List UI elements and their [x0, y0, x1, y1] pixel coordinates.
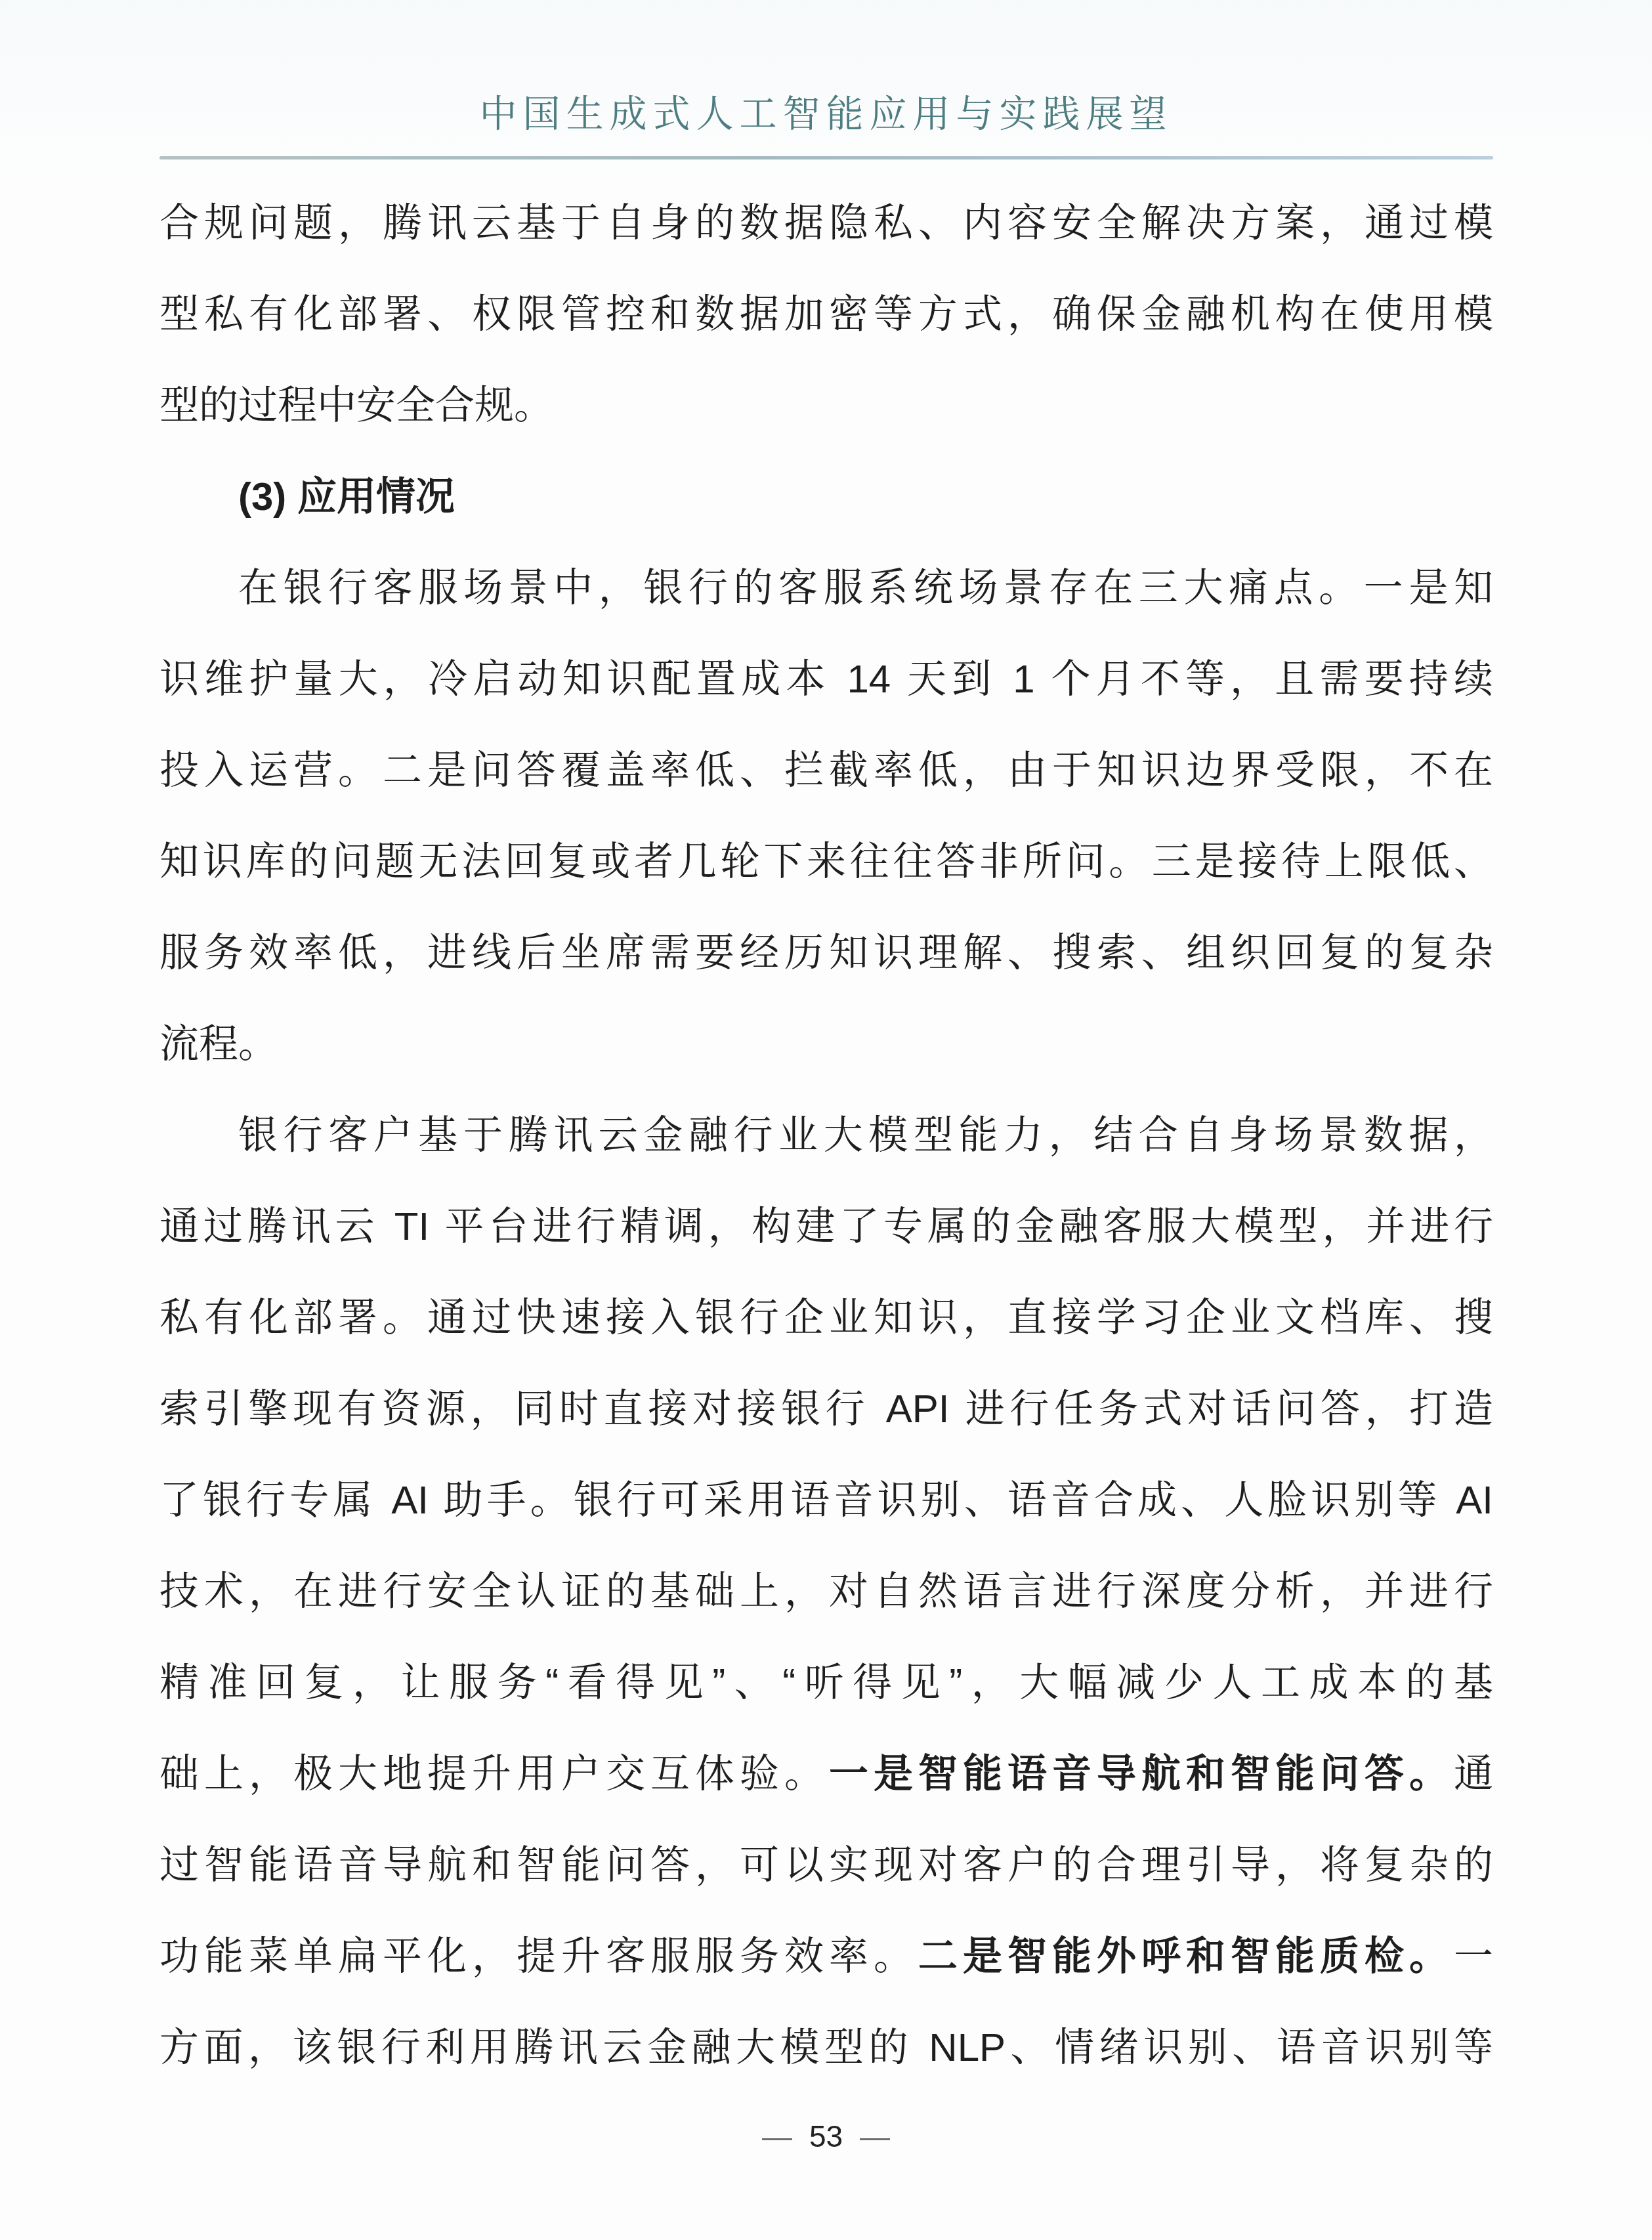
text-run: 精准回复，让服务“看得见”、“听得见”，大幅减少人工成本的基 [159, 1660, 1493, 1704]
text-run: 了银行专属 AI 助手。银行可采用语音识别、语音合成、人脸识别等 AI [159, 1478, 1493, 1522]
text-run: 础上，极大地提升用户交互体验。 [159, 1752, 829, 1796]
text-line: 通过腾讯云 TI 平台进行精调，构建了专属的金融客服大模型，并进行 [159, 1181, 1493, 1272]
text-line: 功能菜单扁平化，提升客服服务效率。二是智能外呼和智能质检。一 [159, 1911, 1493, 2002]
page-body: 合规问题，腾讯云基于自身的数据隐私、内容安全解决方案，通过模型私有化部署、权限管… [159, 177, 1493, 2093]
page-header-title: 中国生成式人工智能应用与实践展望 [0, 84, 1652, 138]
footer-dash-right: — [860, 2119, 890, 2153]
text-run: 合规问题，腾讯云基于自身的数据隐私、内容安全解决方案，通过模 [159, 201, 1493, 245]
text-line: 银行客户基于腾讯云金融行业大模型能力，结合自身场景数据， [159, 1089, 1493, 1181]
text-line: 流程。 [159, 998, 1493, 1089]
bold-text-run: (3) 应用情况 [238, 475, 455, 518]
text-line: 在银行客服场景中，银行的客服系统场景存在三大痛点。一是知 [159, 542, 1493, 633]
text-line: 识维护量大，冷启动知识配置成本 14 天到 1 个月不等，且需要持续 [159, 633, 1493, 725]
footer-dash-left: — [762, 2119, 792, 2153]
text-run: 知识库的问题无法回复或者几轮下来往往答非所问。三是接待上限低、 [159, 839, 1493, 883]
page-number: 53 [809, 2119, 843, 2154]
text-run: 技术，在进行安全认证的基础上，对自然语言进行深度分析，并进行 [159, 1569, 1493, 1613]
header-divider [159, 156, 1493, 159]
text-run: 通过腾讯云 TI 平台进行精调，构建了专属的金融客服大模型，并进行 [159, 1204, 1493, 1248]
text-run: 通 [1454, 1752, 1493, 1796]
text-line: 投入运营。二是问答覆盖率低、拦截率低，由于知识边界受限，不在 [159, 725, 1493, 816]
text-line: 技术，在进行安全认证的基础上，对自然语言进行深度分析，并进行 [159, 1546, 1493, 1637]
text-line: 方面，该银行利用腾讯云金融大模型的 NLP、情绪识别、语音识别等 [159, 2002, 1493, 2093]
page-footer: —53— [0, 2119, 1652, 2154]
text-run: 在银行客服场景中，银行的客服系统场景存在三大痛点。一是知 [238, 566, 1493, 610]
text-run: 流程。 [159, 1022, 278, 1066]
text-line: 型私有化部署、权限管控和数据加密等方式，确保金融机构在使用模 [159, 268, 1493, 360]
text-line: 合规问题，腾讯云基于自身的数据隐私、内容安全解决方案，通过模 [159, 177, 1493, 268]
text-run: 投入运营。二是问答覆盖率低、拦截率低，由于知识边界受限，不在 [159, 748, 1493, 792]
text-run: 索引擎现有资源，同时直接对接银行 API 进行任务式对话问答，打造 [159, 1387, 1493, 1431]
bold-text-run: 一是智能语音导航和智能问答。 [829, 1752, 1454, 1796]
text-run: 型私有化部署、权限管控和数据加密等方式，确保金融机构在使用模 [159, 292, 1493, 336]
text-line: 了银行专属 AI 助手。银行可采用语音识别、语音合成、人脸识别等 AI [159, 1454, 1493, 1546]
text-run: 方面，该银行利用腾讯云金融大模型的 NLP、情绪识别、语音识别等 [159, 2025, 1493, 2069]
text-run: 功能菜单扁平化，提升客服服务效率。 [159, 1934, 918, 1978]
text-run: 型的过程中安全合规。 [159, 383, 553, 427]
text-line: 精准回复，让服务“看得见”、“听得见”，大幅减少人工成本的基 [159, 1637, 1493, 1728]
text-line: 过智能语音导航和智能问答，可以实现对客户的合理引导，将复杂的 [159, 1819, 1493, 1911]
text-line: 私有化部署。通过快速接入银行企业知识，直接学习企业文档库、搜 [159, 1272, 1493, 1363]
text-line: 索引擎现有资源，同时直接对接银行 API 进行任务式对话问答，打造 [159, 1363, 1493, 1454]
text-run: 过智能语音导航和智能问答，可以实现对客户的合理引导，将复杂的 [159, 1843, 1493, 1887]
text-run: 银行客户基于腾讯云金融行业大模型能力，结合自身场景数据， [238, 1113, 1493, 1157]
text-line: 知识库的问题无法回复或者几轮下来往往答非所问。三是接待上限低、 [159, 816, 1493, 907]
text-run: 一 [1454, 1934, 1493, 1978]
text-run: 服务效率低，进线后坐席需要经历知识理解、搜索、组织回复的复杂 [159, 931, 1493, 975]
text-line: 础上，极大地提升用户交互体验。一是智能语音导航和智能问答。通 [159, 1728, 1493, 1819]
text-run: 私有化部署。通过快速接入银行企业知识，直接学习企业文档库、搜 [159, 1296, 1493, 1340]
text-run: 识维护量大，冷启动知识配置成本 14 天到 1 个月不等，且需要持续 [159, 657, 1493, 701]
bold-text-run: 二是智能外呼和智能质检。 [918, 1934, 1454, 1978]
text-line: 服务效率低，进线后坐席需要经历知识理解、搜索、组织回复的复杂 [159, 907, 1493, 998]
document-page: 中国生成式人工智能应用与实践展望 合规问题，腾讯云基于自身的数据隐私、内容安全解… [0, 0, 1652, 2240]
text-line: 型的过程中安全合规。 [159, 360, 1493, 451]
section-heading: (3) 应用情况 [159, 451, 1493, 542]
